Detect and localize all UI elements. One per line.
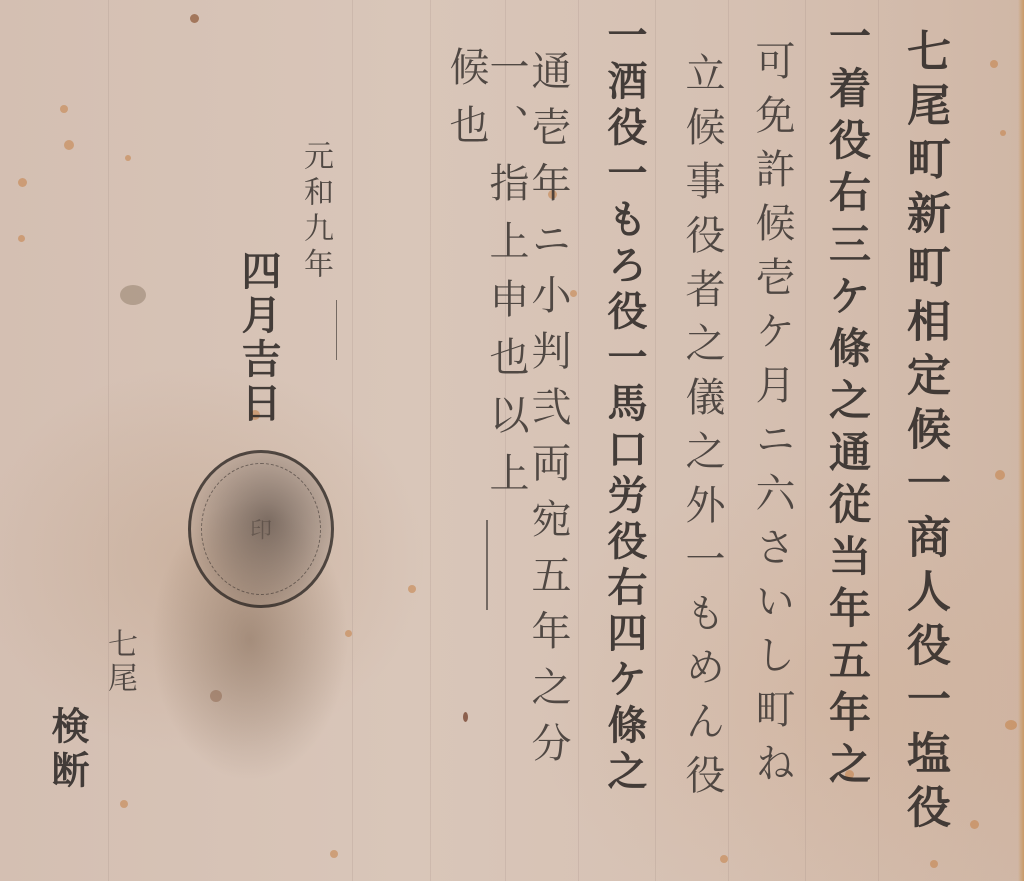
foxing-spot [408,585,416,593]
foxing-spot [970,820,979,829]
foxing-spot [1000,130,1006,136]
text-column-3: 可免許候壱ケ月ニ六さいし町ね [752,40,792,840]
text-column-7: 一、指上申也以上候也 [446,46,526,526]
foxing-spot [120,800,128,808]
foxing-spot [995,470,1005,480]
paper-ruling [655,0,656,881]
foxing-spot [190,14,199,23]
paper-edge [1018,0,1024,881]
text-column-2: 一着役右三ケ條之通従当年五年之 [826,14,868,844]
foxing-spot [463,712,468,722]
paper-ruling [728,0,729,881]
manuscript-sheet: 七尾町新町相定候一商人役一塩役 一着役右三ケ條之通従当年五年之 可免許候壱ケ月ニ… [0,0,1024,881]
text-column-4: 立候事役者之儀之外一もめん役 [682,52,722,852]
foxing-spot [120,285,146,305]
foxing-spot [125,155,131,161]
paper-ruling [108,0,109,881]
foxing-spot [18,178,27,187]
foxing-spot [1005,720,1017,730]
addressee-place: 七尾 [104,628,134,718]
foxing-spot [930,860,938,868]
foxing-spot [990,60,998,68]
date-era-year: 元和九年 [300,140,330,340]
foxing-spot [570,290,577,297]
foxing-spot [330,850,338,858]
round-seal-stamp: 印 [188,450,334,608]
brush-tail-stroke [336,300,337,360]
brush-tail-stroke [486,520,488,610]
foxing-spot [210,690,222,702]
paper-ruling [578,0,579,881]
addressee-title: 検断 [48,706,86,826]
foxing-spot [345,630,352,637]
paper-ruling [805,0,806,881]
foxing-spot [60,105,68,113]
foxing-spot [18,235,25,242]
text-column-1: 七尾町新町相定候一商人役一塩役 [902,28,946,858]
foxing-spot [720,855,728,863]
paper-ruling [430,0,431,881]
foxing-spot [64,140,74,150]
paper-ruling [878,0,879,881]
text-column-6: 通壱年ニ小判弐両宛五年之分 [528,50,568,860]
seal-mark: 印 [191,514,331,545]
paper-ruling [352,0,353,881]
date-month-day: 四月吉日 [238,250,278,450]
text-column-5: 一酒役一もろ役一馬口労役右四ケ條之 [604,14,644,844]
